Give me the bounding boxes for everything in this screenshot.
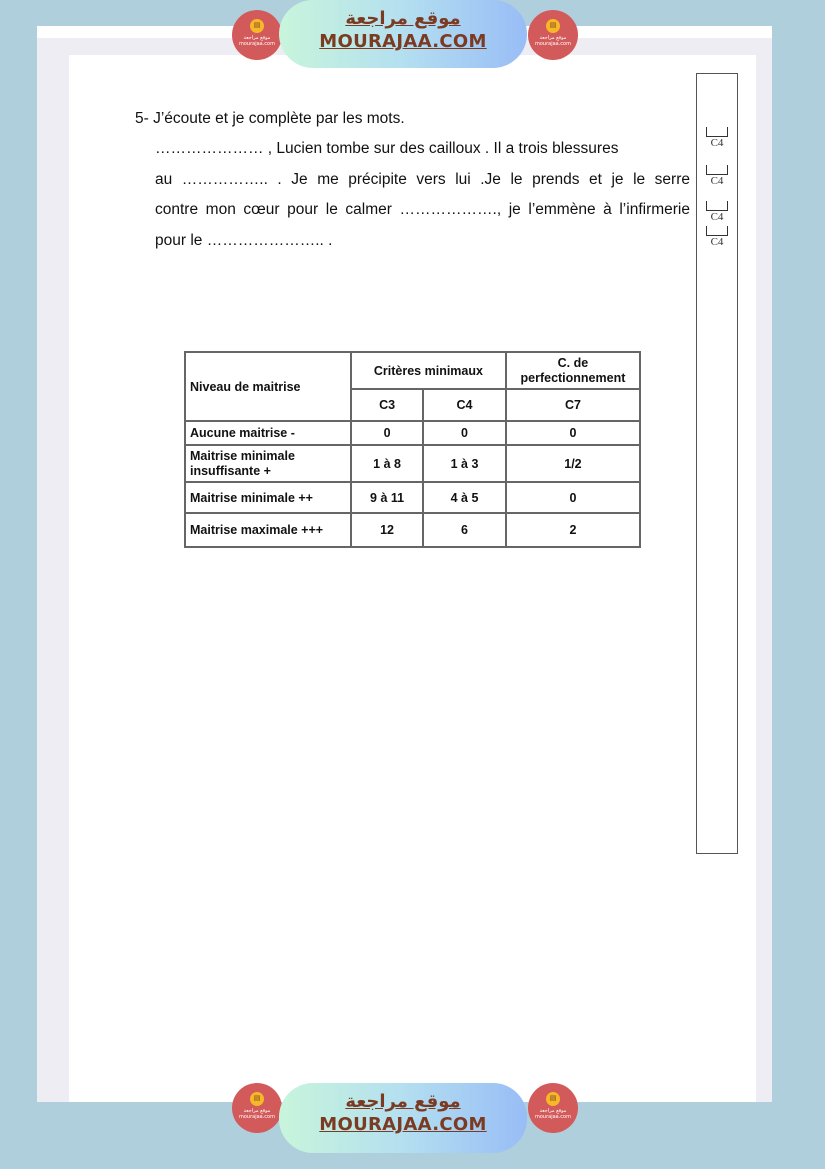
watermark-logo-left-top: ▤ موقع مراجعة mourajaa.com xyxy=(232,10,282,60)
cell-c7: 2 xyxy=(506,513,640,547)
row-label: Aucune maitrise - xyxy=(185,421,351,445)
cell-c4: 0 xyxy=(423,421,506,445)
criterion-label: C4 xyxy=(704,211,730,223)
cell-c4: 1 à 3 xyxy=(423,445,506,482)
book-icon: ▤ xyxy=(546,19,560,33)
table-row: Maitrise maximale +++ 12 6 2 xyxy=(185,513,640,547)
criterion-label: C4 xyxy=(704,175,730,187)
banner-site-link[interactable]: MOURAJAA.COM xyxy=(279,1114,527,1135)
exercise-line-3: contre mon cœur pour le calmer ………………., … xyxy=(155,201,690,219)
score-bracket xyxy=(706,226,728,236)
table-row: Aucune maitrise - 0 0 0 xyxy=(185,421,640,445)
cell-c7: 0 xyxy=(506,421,640,445)
exercise-title: 5- J’écoute et je complète par les mots. xyxy=(135,110,405,128)
watermark-logo-right-top: ▤ موقع مراجعة mourajaa.com xyxy=(528,10,578,60)
header-c7: C7 xyxy=(506,389,640,421)
cell-c3: 12 xyxy=(351,513,423,547)
header-min-criteria: Critères minimaux xyxy=(351,352,506,389)
logo-text-en: mourajaa.com xyxy=(528,41,578,47)
banner-arabic-text: موقع مراجعة xyxy=(279,1091,527,1112)
exercise-line-4: pour le ………………….. . xyxy=(155,232,690,250)
cell-c4: 4 à 5 xyxy=(423,482,506,513)
row-label: Maitrise minimale insuffisante + xyxy=(185,445,351,482)
book-icon: ▤ xyxy=(546,1092,560,1106)
watermark-logo-left-bottom: ▤ موقع مراجعة mourajaa.com xyxy=(232,1083,282,1133)
header-c3: C3 xyxy=(351,389,423,421)
grading-margin-box: C4 C4 C4 C4 xyxy=(696,73,738,854)
cell-c4: 6 xyxy=(423,513,506,547)
score-bracket xyxy=(706,127,728,137)
logo-text-en: mourajaa.com xyxy=(232,1114,282,1120)
cell-c3: 0 xyxy=(351,421,423,445)
exercise-line-1: ………………… , Lucien tombe sur des cailloux … xyxy=(155,140,690,158)
grade-mark-1: C4 xyxy=(704,127,730,149)
book-icon: ▤ xyxy=(250,1092,264,1106)
grade-mark-3: C4 xyxy=(704,201,730,223)
exercise-line-2: au …………….. . Je me précipite vers lui .J… xyxy=(155,171,690,189)
grade-mark-2: C4 xyxy=(704,165,730,187)
criterion-label: C4 xyxy=(704,236,730,248)
header-c4: C4 xyxy=(423,389,506,421)
score-bracket xyxy=(706,165,728,175)
logo-text-en: mourajaa.com xyxy=(232,41,282,47)
header-perfection: C. de perfectionnement xyxy=(506,352,640,389)
banner-arabic-text: موقع مراجعة xyxy=(279,8,527,29)
watermark-logo-right-bottom: ▤ موقع مراجعة mourajaa.com xyxy=(528,1083,578,1133)
banner-site-link[interactable]: MOURAJAA.COM xyxy=(279,31,527,52)
watermark-banner-top[interactable]: موقع مراجعة MOURAJAA.COM xyxy=(279,0,527,68)
table-row: Maitrise minimale insuffisante + 1 à 8 1… xyxy=(185,445,640,482)
grade-mark-4: C4 xyxy=(704,226,730,248)
header-level: Niveau de maitrise xyxy=(185,352,351,421)
cell-c7: 0 xyxy=(506,482,640,513)
row-label: Maitrise maximale +++ xyxy=(185,513,351,547)
watermark-banner-bottom[interactable]: موقع مراجعة MOURAJAA.COM xyxy=(279,1083,527,1153)
cell-c3: 9 à 11 xyxy=(351,482,423,513)
book-icon: ▤ xyxy=(250,19,264,33)
criterion-label: C4 xyxy=(704,137,730,149)
score-bracket xyxy=(706,201,728,211)
row-label: Maitrise minimale ++ xyxy=(185,482,351,513)
cell-c3: 1 à 8 xyxy=(351,445,423,482)
cell-c7: 1/2 xyxy=(506,445,640,482)
mastery-criteria-table: Niveau de maitrise Critères minimaux C. … xyxy=(184,351,641,548)
logo-text-en: mourajaa.com xyxy=(528,1114,578,1120)
table-row: Maitrise minimale ++ 9 à 11 4 à 5 0 xyxy=(185,482,640,513)
